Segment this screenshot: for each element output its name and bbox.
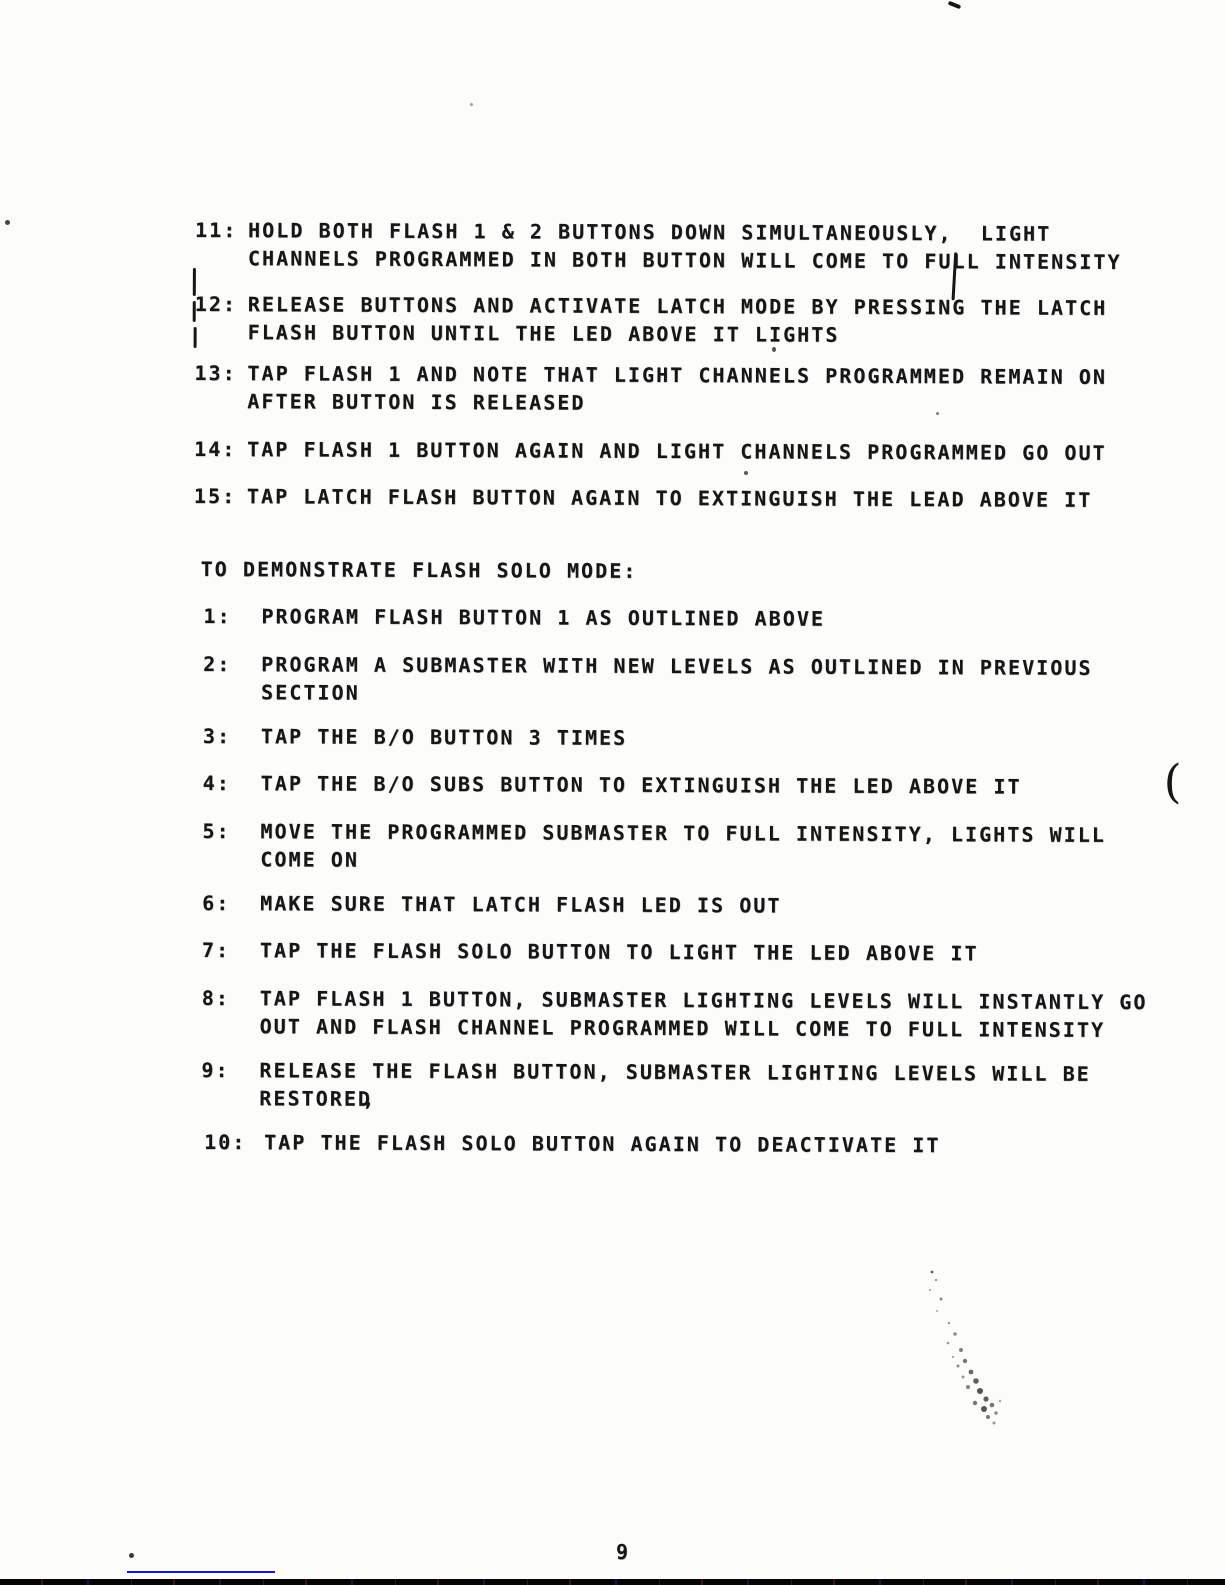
step-6: 6: MAKE SURE THAT LATCH FLASH LED IS OUT bbox=[0, 890, 1222, 895]
step-number: 10: bbox=[204, 1130, 246, 1154]
step-number: 2: bbox=[203, 652, 231, 676]
step-number: 14: bbox=[194, 437, 236, 461]
ink-smudge bbox=[905, 1268, 1020, 1433]
margin-pen-mark bbox=[193, 268, 196, 296]
step-4: 4: TAP THE B/O SUBS BUTTON TO EXTINGUISH… bbox=[0, 770, 1223, 775]
section-heading: TO DEMONSTRATE FLASH SOLO MODE: bbox=[201, 557, 638, 583]
step-11: 11: HOLD BOTH FLASH 1 & 2 BUTTONS DOWN S… bbox=[0, 217, 1225, 222]
step-line: HOLD BOTH FLASH 1 & 2 BUTTONS DOWN SIMUL… bbox=[248, 218, 1051, 246]
step-14: 14: TAP FLASH 1 BUTTON AGAIN AND LIGHT C… bbox=[0, 436, 1224, 441]
scan-speck bbox=[936, 412, 939, 415]
step-number: 1: bbox=[203, 604, 231, 628]
blue-underline-artifact bbox=[127, 1571, 275, 1573]
scan-speck bbox=[470, 103, 473, 106]
step-line: RESTORED bbox=[259, 1086, 372, 1110]
step-3: 3: TAP THE B/O BUTTON 3 TIMES bbox=[0, 723, 1223, 728]
scan-speck bbox=[744, 471, 748, 475]
step-8: 8: TAP FLASH 1 BUTTON, SUBMASTER LIGHTIN… bbox=[0, 985, 1222, 990]
step-line: PROGRAM A SUBMASTER WITH NEW LEVELS AS O… bbox=[261, 652, 1092, 680]
step-number: 5: bbox=[202, 819, 230, 843]
scanned-manual-page: 11: HOLD BOTH FLASH 1 & 2 BUTTONS DOWN S… bbox=[0, 0, 1225, 1585]
step-line: RELEASE BUTTONS AND ACTIVATE LATCH MODE … bbox=[248, 292, 1108, 320]
step-line: PROGRAM FLASH BUTTON 1 AS OUTLINED ABOVE bbox=[261, 604, 825, 630]
page-number: 9 bbox=[616, 1540, 630, 1564]
step-line: TAP THE FLASH SOLO BUTTON AGAIN TO DEACT… bbox=[264, 1130, 940, 1157]
margin-pen-mark bbox=[194, 327, 197, 348]
step-number: 13: bbox=[194, 361, 236, 385]
step-13: 13: TAP FLASH 1 AND NOTE THAT LIGHT CHAN… bbox=[0, 360, 1225, 365]
step-number: 6: bbox=[202, 891, 230, 915]
step-line: MOVE THE PROGRAMMED SUBMASTER TO FULL IN… bbox=[260, 819, 1106, 847]
scan-speck bbox=[129, 1553, 134, 1558]
step-number: 4: bbox=[203, 771, 231, 795]
page-text-layer: 11: HOLD BOTH FLASH 1 & 2 BUTTONS DOWN S… bbox=[0, 0, 1225, 1585]
step-5: 5: MOVE THE PROGRAMMED SUBMASTER TO FULL… bbox=[0, 818, 1223, 823]
scan-speck bbox=[772, 347, 776, 352]
step-line: TAP THE B/O BUTTON 3 TIMES bbox=[261, 724, 627, 750]
step-number: 15: bbox=[194, 484, 236, 508]
step-line: TAP THE B/O SUBS BUTTON TO EXTINGUISH TH… bbox=[261, 771, 1022, 798]
step-line: CHANNELS PROGRAMMED IN BOTH BUTTON WILL … bbox=[248, 246, 1122, 274]
step-line: OUT AND FLASH CHANNEL PROGRAMMED WILL CO… bbox=[260, 1014, 1106, 1042]
step-line: TAP FLASH 1 BUTTON AGAIN AND LIGHT CHANN… bbox=[247, 437, 1107, 465]
step-line: TAP FLASH 1 AND NOTE THAT LIGHT CHANNELS… bbox=[247, 361, 1107, 389]
step-1: 1: PROGRAM FLASH BUTTON 1 AS OUTLINED AB… bbox=[0, 603, 1223, 608]
stray-paren-mark: ( bbox=[1164, 754, 1182, 808]
step-number: 12: bbox=[195, 292, 237, 316]
margin-pen-mark bbox=[193, 301, 196, 322]
step-line: TAP FLASH 1 BUTTON, SUBMASTER LIGHTING L… bbox=[260, 986, 1148, 1014]
step-12: 12: RELEASE BUTTONS AND ACTIVATE LATCH M… bbox=[0, 291, 1225, 296]
step-10: 10: TAP THE FLASH SOLO BUTTON AGAIN TO D… bbox=[0, 1129, 1221, 1134]
step-line: COME ON bbox=[260, 847, 359, 871]
step-line: TAP LATCH FLASH BUTTON AGAIN TO EXTINGUI… bbox=[247, 484, 1093, 512]
step-line: SECTION bbox=[261, 680, 360, 704]
step-line: RELEASE THE FLASH BUTTON, SUBMASTER LIGH… bbox=[259, 1058, 1090, 1086]
step-number: 8: bbox=[202, 986, 230, 1010]
step-9: 9: RELEASE THE FLASH BUTTON, SUBMASTER L… bbox=[0, 1057, 1221, 1062]
step-line: TAP THE FLASH SOLO BUTTON TO LIGHT THE L… bbox=[260, 938, 979, 965]
scan-edge-bar bbox=[0, 1579, 1225, 1585]
step-line: FLASH BUTTON UNTIL THE LED ABOVE IT LIGH… bbox=[248, 320, 840, 347]
step-number: 7: bbox=[202, 938, 230, 962]
step-line: AFTER BUTTON IS RELEASED bbox=[247, 389, 585, 414]
stray-comma-mark: , bbox=[362, 1087, 376, 1111]
step-line: MAKE SURE THAT LATCH FLASH LED IS OUT bbox=[260, 891, 781, 917]
step-number: 3: bbox=[203, 724, 231, 748]
step-number: 9: bbox=[201, 1058, 229, 1082]
step-number: 11: bbox=[195, 218, 237, 242]
step-15: 15: TAP LATCH FLASH BUTTON AGAIN TO EXTI… bbox=[0, 483, 1224, 488]
step-7: 7: TAP THE FLASH SOLO BUTTON TO LIGHT TH… bbox=[0, 937, 1222, 942]
scan-speck bbox=[5, 220, 10, 225]
step-2: 2: PROGRAM A SUBMASTER WITH NEW LEVELS A… bbox=[0, 651, 1223, 656]
